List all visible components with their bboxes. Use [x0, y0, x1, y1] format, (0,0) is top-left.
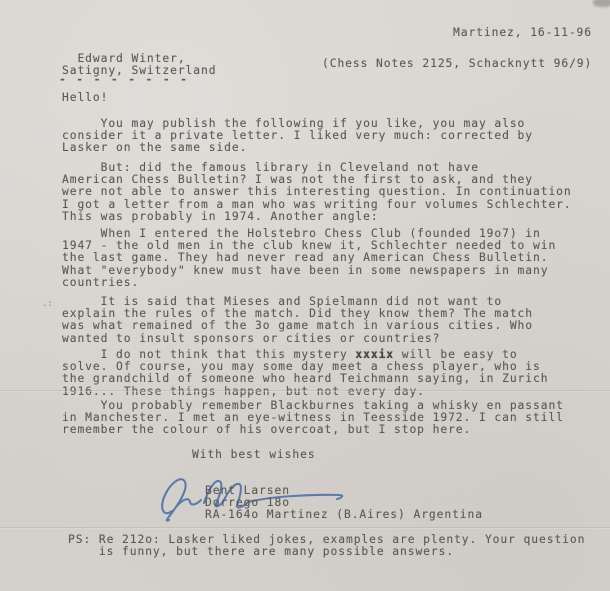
- separator-dashes: - - - - - - - -: [59, 74, 189, 86]
- overstruck-word: xxxix: [355, 348, 394, 361]
- paragraph-5-text: I do not think that this mystery: [62, 348, 355, 361]
- paragraph-2: But: did the famous library in Cleveland…: [62, 162, 572, 223]
- paragraph-6: You probably remember Blackburnes taking…: [62, 400, 564, 437]
- dateline: Martinez, 16-11-96: [453, 27, 592, 39]
- typed-signature-block: Bent Larsen Dorrego 18o RA-164o Martinez…: [205, 485, 483, 522]
- closing-line: With best wishes: [192, 449, 316, 461]
- scanned-letter-page: Martinez, 16-11-96 Edward Winter, Satign…: [0, 0, 610, 591]
- paragraph-3: When I entered the Holstebro Chess Club …: [62, 228, 556, 289]
- salutation: Hello!: [62, 92, 108, 104]
- paper-crease-line-2: [0, 527, 610, 529]
- paragraph-5: I do not think that this mystery xxxix w…: [62, 349, 548, 398]
- reference-line: (Chess Notes 2125, Schacknytt 96/9): [322, 58, 592, 70]
- postscript: PS: Re 212o: Lasker liked jokes, example…: [68, 534, 585, 558]
- paragraph-4: It is said that Mieses and Spielmann did…: [62, 296, 533, 345]
- ink-speck: .:: [42, 299, 53, 309]
- paragraph-1: You may publish the following if you lik…: [62, 118, 533, 155]
- scan-corner-smudge: [593, 0, 610, 7]
